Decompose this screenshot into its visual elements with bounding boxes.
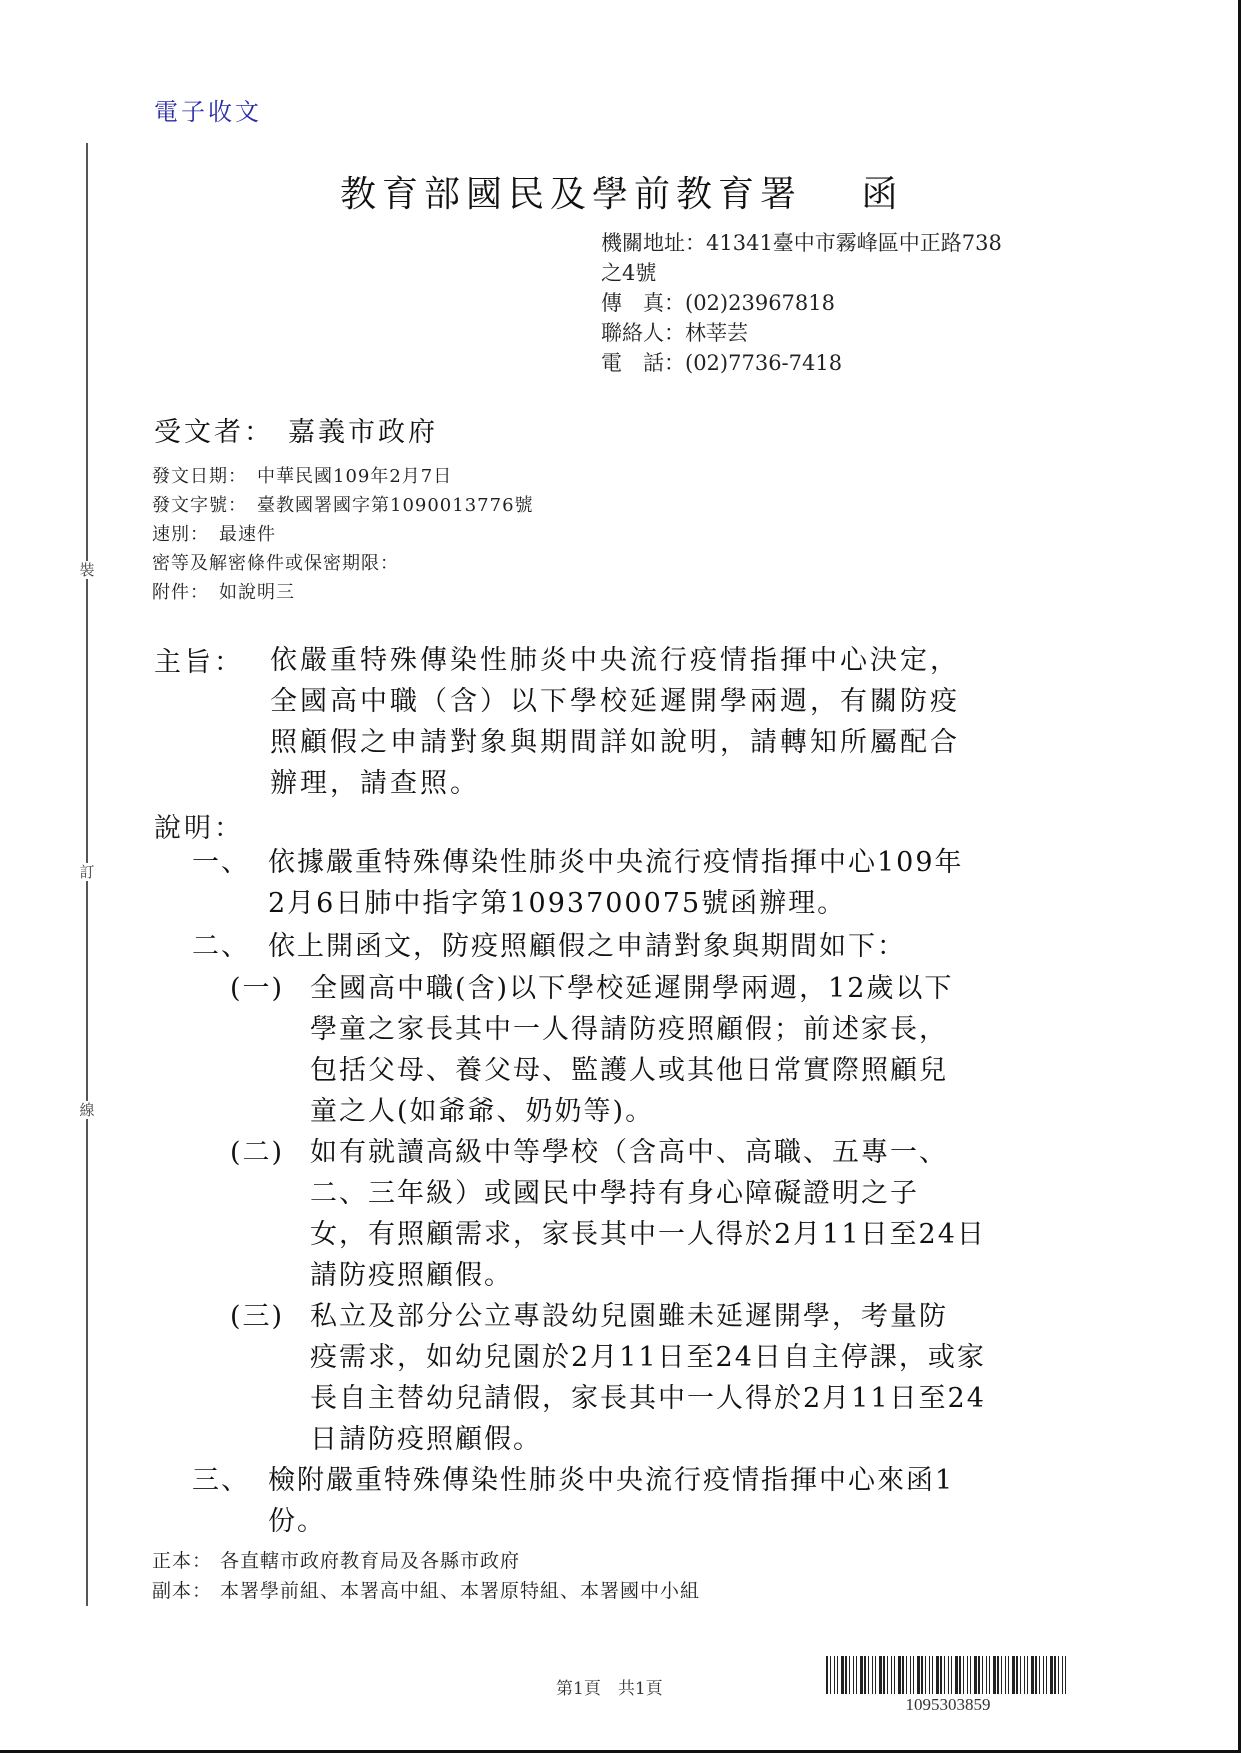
item-number: 一、 bbox=[192, 842, 250, 883]
binding-label-xian: 線 bbox=[78, 1101, 96, 1119]
meta-value: 臺教國署國字第1090013776號 bbox=[257, 495, 534, 516]
binding-label-zhuang: 裝 bbox=[78, 561, 96, 579]
meta-row-attachment: 附件：如說明三 bbox=[152, 578, 534, 607]
subitem-line: 女，有照顧需求，家長其中一人得於2月11日至24日 bbox=[310, 1214, 1092, 1255]
subitem-text: 如有就讀高級中等學校（含高中、高職、五專一、 二、三年級）或國民中學持有身心障礙… bbox=[310, 1132, 1092, 1296]
meta-row-doc-number: 發文字號：臺教國署國字第1090013776號 bbox=[152, 491, 534, 520]
contact-person: 聯絡人：林莘芸 bbox=[601, 318, 1081, 348]
meta-label: 附件： bbox=[152, 582, 209, 603]
subitem-line: 全國高中職(含)以下學校延遲開學兩週，12歲以下 bbox=[310, 968, 1092, 1009]
subject-text: 依嚴重特殊傳染性肺炎中央流行疫情指揮中心決定， 全國高中職（含）以下學校延遲開學… bbox=[270, 640, 1094, 804]
document-title: 教育部國民及學前教育署 函 bbox=[340, 166, 903, 217]
agency-name: 教育部國民及學前教育署 bbox=[340, 174, 802, 215]
subitem-line: 童之人(如爺爺、奶奶等)。 bbox=[310, 1091, 1092, 1132]
item-line: 依據嚴重特殊傳染性肺炎中央流行疫情指揮中心109年 bbox=[268, 842, 1092, 883]
barcode-number: 1095303859 bbox=[826, 1695, 1070, 1715]
subitem-line: 長自主替幼兒請假，家長其中一人得於2月11日至24 bbox=[310, 1378, 1092, 1419]
explanation-item-1: 一、 依據嚴重特殊傳染性肺炎中央流行疫情指揮中心109年 2月6日肺中指字第10… bbox=[192, 842, 1092, 924]
explanation-subitem-3: (三) 私立及部分公立專設幼兒園雖未延遲開學，考量防 疫需求，如幼兒園於2月11… bbox=[230, 1296, 1092, 1460]
explanation-item-3: 三、 檢附嚴重特殊傳染性肺炎中央流行疫情指揮中心來函1 份。 bbox=[192, 1460, 1092, 1542]
explanation-subitem-2: (二) 如有就讀高級中等學校（含高中、高職、五專一、 二、三年級）或國民中學持有… bbox=[230, 1132, 1092, 1296]
copy-value: 本署學前組、本署高中組、本署原特組、本署國中小組 bbox=[220, 1580, 700, 1602]
subitem-line: 如有就讀高級中等學校（含高中、高職、五專一、 bbox=[310, 1132, 1092, 1173]
contact-block: 機關地址：41341臺中市霧峰區中正路738 之4號 傳 真：(02)23967… bbox=[601, 228, 1081, 378]
subitem-line: 包括父母、養父母、監護人或其他日常實際照顧兒 bbox=[310, 1050, 1092, 1091]
item-text: 依上開函文，防疫照顧假之申請對象與期間如下： bbox=[268, 926, 1092, 967]
item-line: 份。 bbox=[268, 1501, 1092, 1542]
original-label: 正本： bbox=[152, 1550, 212, 1572]
explanation-label: 說明： bbox=[154, 806, 244, 845]
meta-row-priority: 速別：最速件 bbox=[152, 520, 534, 549]
meta-value: 如說明三 bbox=[219, 582, 295, 603]
original-recipients: 正本：各直轄市政府教育局及各縣市政府 bbox=[152, 1546, 520, 1573]
copy-label: 副本： bbox=[152, 1580, 212, 1602]
item-text: 檢附嚴重特殊傳染性肺炎中央流行疫情指揮中心來函1 份。 bbox=[268, 1460, 1092, 1542]
subitem-line: 請防疫照顧假。 bbox=[310, 1255, 1092, 1296]
meta-row-date: 發文日期：中華民國109年2月7日 bbox=[152, 462, 534, 491]
meta-label: 發文日期： bbox=[152, 466, 247, 487]
meta-value: 中華民國109年2月7日 bbox=[257, 466, 452, 487]
meta-label: 速別： bbox=[152, 524, 209, 545]
meta-row-security: 密等及解密條件或保密期限： bbox=[152, 549, 534, 578]
barcode-icon bbox=[826, 1656, 1070, 1694]
item-number: 三、 bbox=[192, 1460, 250, 1501]
item-line: 2月6日肺中指字第1093700075號函辦理。 bbox=[268, 883, 1092, 924]
subject-line: 依嚴重特殊傳染性肺炎中央流行疫情指揮中心決定， bbox=[270, 640, 1094, 681]
subject-label: 主旨： bbox=[154, 640, 244, 679]
subitem-number: (三) bbox=[230, 1296, 284, 1337]
doc-type: 函 bbox=[861, 174, 903, 215]
explanation-subitem-1: (一) 全國高中職(含)以下學校延遲開學兩週，12歲以下 學童之家長其中一人得請… bbox=[230, 968, 1092, 1132]
subject-line: 全國高中職（含）以下學校延遲開學兩週，有關防疫 bbox=[270, 681, 1094, 722]
copy-recipients: 副本：本署學前組、本署高中組、本署原特組、本署國中小組 bbox=[152, 1576, 700, 1603]
subitem-line: 私立及部分公立專設幼兒園雖未延遲開學，考量防 bbox=[310, 1296, 1092, 1337]
electronic-receipt-stamp: 電子收文 bbox=[154, 92, 262, 127]
subject-line: 辦理，請查照。 bbox=[270, 763, 1094, 804]
subitem-line: 疫需求，如幼兒園於2月11日至24日自主停課，或家 bbox=[310, 1337, 1092, 1378]
subject-line: 照顧假之申請對象與期間詳如說明，請轉知所屬配合 bbox=[270, 722, 1094, 763]
item-number: 二、 bbox=[192, 926, 250, 967]
address-line-2: 之4號 bbox=[601, 258, 1081, 288]
phone: 電 話：(02)7736-7418 bbox=[601, 348, 1081, 378]
subitem-text: 私立及部分公立專設幼兒園雖未延遲開學，考量防 疫需求，如幼兒園於2月11日至24… bbox=[310, 1296, 1092, 1460]
item-line: 檢附嚴重特殊傳染性肺炎中央流行疫情指揮中心來函1 bbox=[268, 1460, 1092, 1501]
subject-section: 主旨： 依嚴重特殊傳染性肺炎中央流行疫情指揮中心決定， 全國高中職（含）以下學校… bbox=[154, 640, 1094, 804]
original-value: 各直轄市政府教育局及各縣市政府 bbox=[220, 1550, 520, 1572]
binding-label-ding: 訂 bbox=[78, 863, 96, 881]
subitem-line: 學童之家長其中一人得請防疫照顧假；前述家長， bbox=[310, 1009, 1092, 1050]
item-text: 依據嚴重特殊傳染性肺炎中央流行疫情指揮中心109年 2月6日肺中指字第10937… bbox=[268, 842, 1092, 924]
explanation-item-2: 二、 依上開函文，防疫照顧假之申請對象與期間如下： bbox=[192, 926, 1092, 967]
subitem-line: 二、三年級）或國民中學持有身心障礙證明之子 bbox=[310, 1173, 1092, 1214]
recipient-value: 嘉義市政府 bbox=[288, 417, 438, 448]
fax: 傳 真：(02)23967818 bbox=[601, 288, 1081, 318]
meta-block: 發文日期：中華民國109年2月7日 發文字號：臺教國署國字第1090013776… bbox=[152, 462, 534, 607]
recipient-label: 受文者： bbox=[154, 417, 274, 448]
subitem-number: (一) bbox=[230, 968, 284, 1009]
subitem-line: 日請防疫照顧假。 bbox=[310, 1419, 1092, 1460]
subitem-number: (二) bbox=[230, 1132, 284, 1173]
recipient: 受文者：嘉義市政府 bbox=[154, 410, 438, 449]
meta-value: 最速件 bbox=[219, 524, 276, 545]
page-number: 第1頁 共1頁 bbox=[556, 1674, 663, 1699]
subitem-text: 全國高中職(含)以下學校延遲開學兩週，12歲以下 學童之家長其中一人得請防疫照顧… bbox=[310, 968, 1092, 1132]
meta-label: 密等及解密條件或保密期限： bbox=[152, 553, 399, 574]
meta-label: 發文字號： bbox=[152, 495, 247, 516]
address-line-1: 機關地址：41341臺中市霧峰區中正路738 bbox=[601, 228, 1081, 258]
item-line: 依上開函文，防疫照顧假之申請對象與期間如下： bbox=[268, 926, 1092, 967]
